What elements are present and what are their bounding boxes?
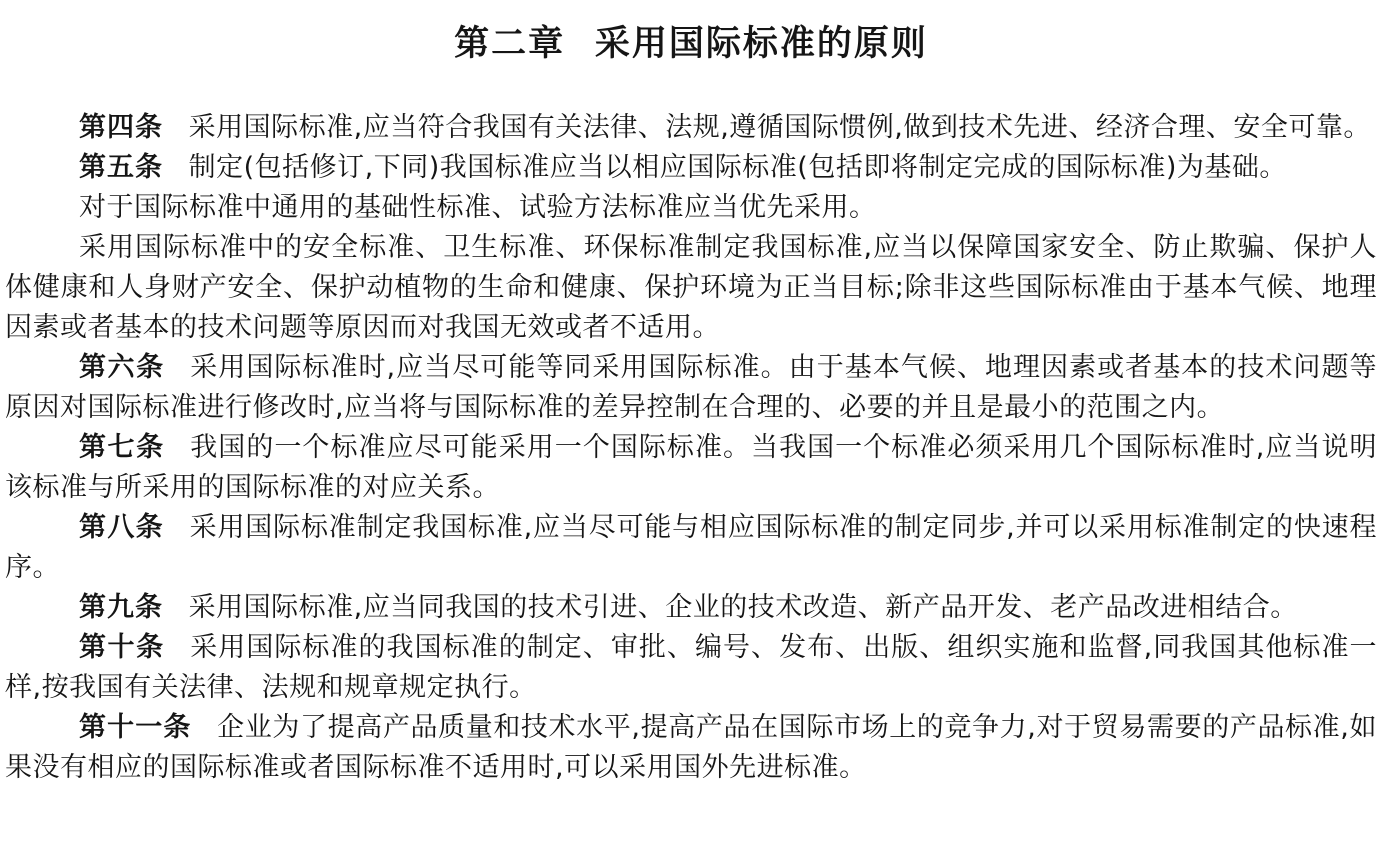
article-paragraph: 第十条采用国际标准的我国标准的制定、审批、编号、发布、出版、组织实施和监督,同我…	[5, 628, 1377, 708]
article-text: 采用国际标准中的安全标准、卫生标准、环保标准制定我国标准,应当以保障国家安全、防…	[5, 232, 1377, 343]
article-paragraph: 采用国际标准中的安全标准、卫生标准、环保标准制定我国标准,应当以保障国家安全、防…	[5, 228, 1377, 348]
article-text: 采用国际标准的我国标准的制定、审批、编号、发布、出版、组织实施和监督,同我国其他…	[5, 632, 1377, 703]
article-label: 第四条	[79, 112, 163, 143]
article-label: 第六条	[79, 352, 165, 383]
document-page: 第二章采用国际标准的原则 第四条采用国际标准,应当符合我国有关法律、法规,遵循国…	[0, 0, 1382, 843]
article-label: 第五条	[79, 152, 163, 183]
article-label: 第九条	[79, 592, 163, 623]
article-paragraph: 第十一条企业为了提高产品质量和技术水平,提高产品在国际市场上的竞争力,对于贸易需…	[5, 708, 1377, 788]
document-body: 第四条采用国际标准,应当符合我国有关法律、法规,遵循国际惯例,做到技术先进、经济…	[5, 108, 1377, 788]
article-label: 第八条	[79, 512, 164, 543]
article-paragraph: 对于国际标准中通用的基础性标准、试验方法标准应当优先采用。	[5, 188, 1377, 228]
article-text: 采用国际标准,应当符合我国有关法律、法规,遵循国际惯例,做到技术先进、经济合理、…	[189, 112, 1371, 143]
article-label: 第七条	[79, 432, 165, 463]
article-text: 采用国际标准制定我国标准,应当尽可能与相应国际标准的制定同步,并可以采用标准制定…	[5, 512, 1377, 583]
chapter-number: 第二章	[454, 24, 565, 64]
article-text: 对于国际标准中通用的基础性标准、试验方法标准应当优先采用。	[79, 192, 877, 223]
article-text: 企业为了提高产品质量和技术水平,提高产品在国际市场上的竞争力,对于贸易需要的产品…	[5, 712, 1377, 783]
article-paragraph: 第六条采用国际标准时,应当尽可能等同采用国际标准。由于基本气候、地理因素或者基本…	[5, 348, 1377, 428]
article-text: 采用国际标准时,应当尽可能等同采用国际标准。由于基本气候、地理因素或者基本的技术…	[5, 352, 1377, 423]
chapter-heading: 第二章采用国际标准的原则	[5, 16, 1377, 66]
article-label: 第十条	[79, 632, 165, 663]
article-paragraph: 第七条我国的一个标准应尽可能采用一个国际标准。当我国一个标准必须采用几个国际标准…	[5, 428, 1377, 508]
article-paragraph: 第四条采用国际标准,应当符合我国有关法律、法规,遵循国际惯例,做到技术先进、经济…	[5, 108, 1377, 148]
article-text: 制定(包括修订,下同)我国标准应当以相应国际标准(包括即将制定完成的国际标准)为…	[189, 152, 1287, 183]
article-text: 我国的一个标准应尽可能采用一个国际标准。当我国一个标准必须采用几个国际标准时,应…	[5, 432, 1377, 503]
chapter-title: 采用国际标准的原则	[595, 24, 928, 64]
article-text: 采用国际标准,应当同我国的技术引进、企业的技术改造、新产品开发、老产品改进相结合…	[189, 592, 1298, 623]
article-paragraph: 第五条制定(包括修订,下同)我国标准应当以相应国际标准(包括即将制定完成的国际标…	[5, 148, 1377, 188]
article-paragraph: 第八条采用国际标准制定我国标准,应当尽可能与相应国际标准的制定同步,并可以采用标…	[5, 508, 1377, 588]
article-paragraph: 第九条采用国际标准,应当同我国的技术引进、企业的技术改造、新产品开发、老产品改进…	[5, 588, 1377, 628]
article-label: 第十一条	[79, 712, 191, 743]
